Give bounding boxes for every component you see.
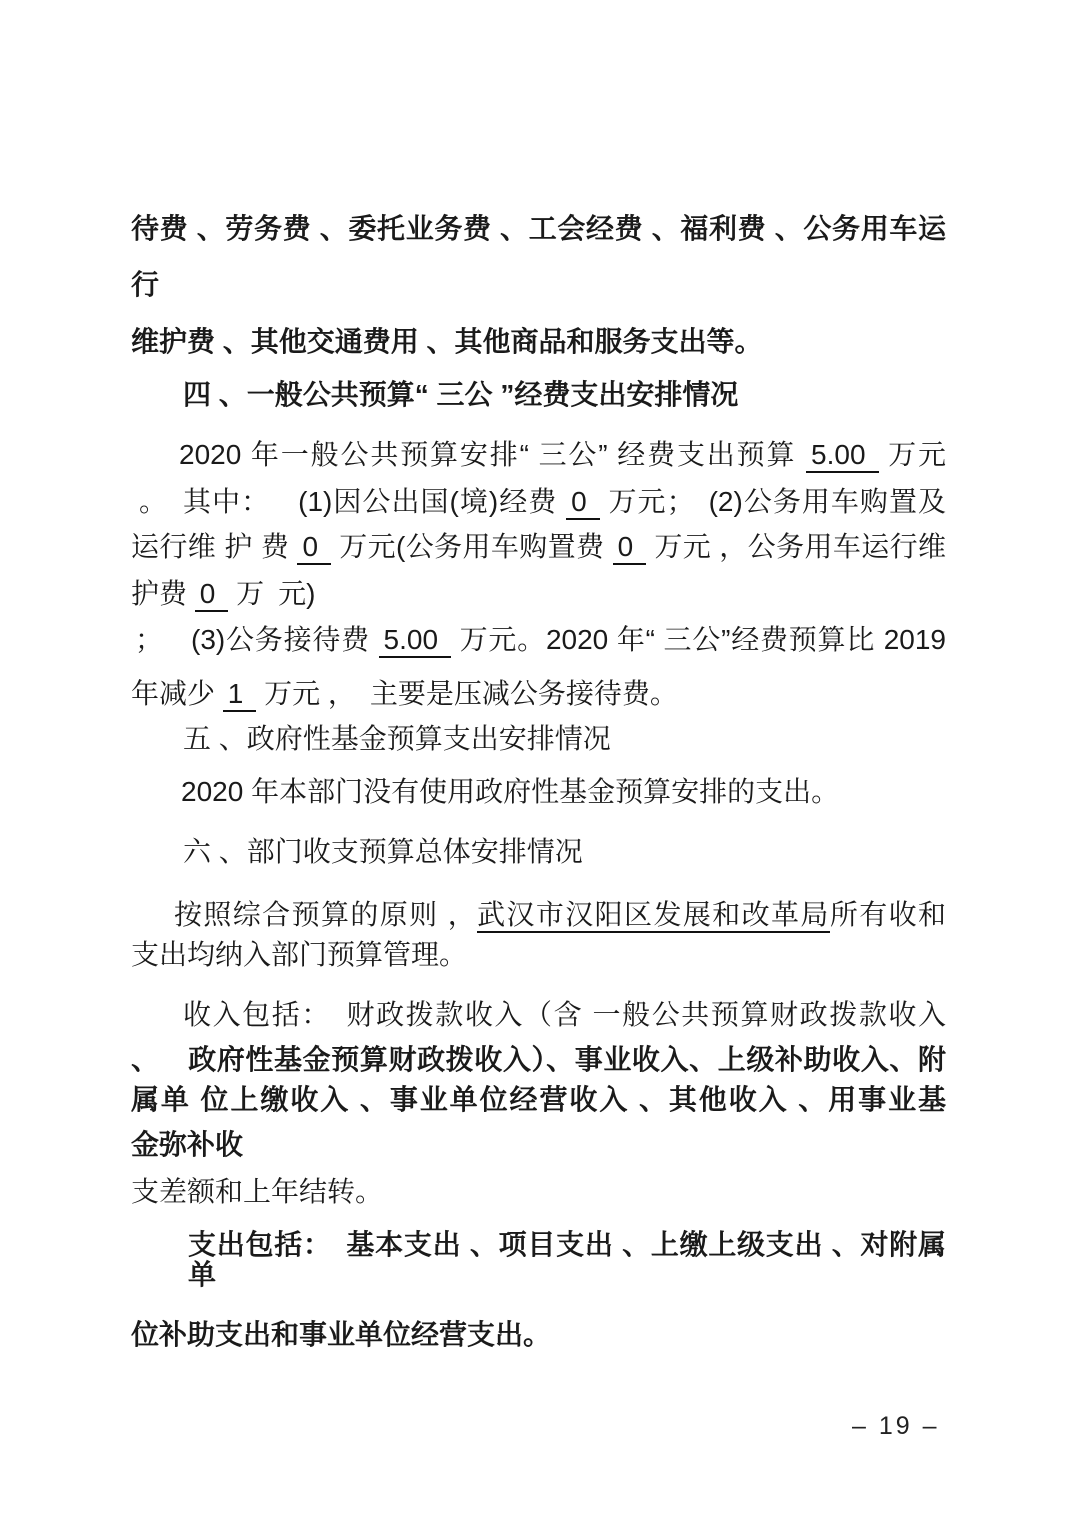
text-line: 收入包括： 财政拨款收入（含 一般公共预算财政拨款收入: [131, 1000, 946, 1030]
text-line: 运行维 护 费 0 万元(公务用车购置费 0 万元 ，公务用车运行维: [131, 532, 946, 562]
text-line: 支差额和上年结转。: [131, 1177, 946, 1207]
underlined-org-name: 武汉市汉阳区发展和改革局: [477, 899, 830, 933]
text-segment: 所有收和: [830, 899, 946, 930]
text-segment: 支出均纳入部门预算管理。: [131, 939, 467, 970]
text-line: 支出均纳入部门预算管理。: [131, 940, 946, 970]
text-segment: 属单 位上缴收入 、事业单位经营收入 、其他收入 、用事业基: [131, 1084, 946, 1115]
underlined-amount: 0: [613, 531, 647, 565]
text-line: 。 其中： (1)因公出国(境)经费 0 万元； (2)公务用车购置及: [131, 487, 946, 517]
text-segment: 2020 年本部门没有使用政府性基金预算安排的支出。: [181, 776, 839, 807]
text-segment: 行: [131, 269, 159, 300]
text-line: 支出包括： 基本支出 、项目支出 、上缴上级支出 、对附属单: [131, 1230, 946, 1290]
text-segment: 位补助支出和事业单位经营支出。: [131, 1319, 551, 1350]
text-segment: ； (3)公务接待费: [135, 624, 379, 655]
underlined-amount: 0: [297, 531, 331, 565]
underlined-amount: 0: [195, 578, 229, 612]
underlined-amount: 0: [566, 486, 600, 520]
page-number: – 19 –: [852, 1412, 940, 1441]
text-segment: 。 其中： (1)因公出国(境)经费: [139, 486, 566, 517]
text-segment: 护费: [131, 578, 195, 609]
text-segment: 万元(公务用车购置费: [331, 531, 613, 562]
section-heading: 六 、部门收支预算总体安排情况: [131, 837, 946, 867]
text-segment: 按照综合预算的原则 ，: [174, 899, 477, 930]
text-line: 护费 0 万 元): [131, 579, 946, 609]
underlined-amount: 5.00: [806, 439, 879, 473]
text-line: 维护费 、其他交通费用 、其他商品和服务支出等。: [131, 327, 946, 357]
section-heading: 五 、政府性基金预算支出安排情况: [131, 724, 946, 754]
text-segment: 六 、部门收支预算总体安排情况: [183, 836, 583, 867]
text-segment: 万元； (2)公务用车购置及: [600, 486, 946, 517]
text-line: 2020 年本部门没有使用政府性基金预算安排的支出。: [131, 777, 946, 807]
underlined-amount: 1: [223, 678, 257, 712]
text-segment: 待费 、劳务费 、委托业务费 、工会经费 、福利费 、公务用车运: [131, 213, 946, 244]
text-segment: 金弥补收: [131, 1129, 243, 1160]
text-line: ； (3)公务接待费 5.00 万元。2020 年“ 三公”经费预算比 2019: [131, 625, 946, 655]
text-segment: 万元 ， 主要是压减公务接待费。: [256, 678, 678, 709]
text-line: 待费 、劳务费 、委托业务费 、工会经费 、福利费 、公务用车运: [131, 214, 946, 244]
document-body: 待费 、劳务费 、委托业务费 、工会经费 、福利费 、公务用车运行维护费 、其他…: [131, 214, 946, 1350]
text-segment: 2020 年一般公共预算安排“ 三公” 经费支出预算: [179, 439, 806, 470]
text-line: 按照综合预算的原则 ，武汉市汉阳区发展和改革局所有收和: [131, 900, 946, 930]
text-segment: 四 、一般公共预算“ 三公 ”经费支出安排情况: [183, 379, 738, 410]
text-segment: 万元 ，公务用车运行维: [646, 531, 946, 562]
text-line: 年减少 1 万元 ， 主要是压减公务接待费。: [131, 679, 946, 709]
text-segment: 、 政府性基金预算财政拨收入）、事业收入、上级补助收入、附: [131, 1044, 946, 1075]
text-segment: 支差额和上年结转。: [131, 1176, 383, 1207]
text-segment: 支出包括： 基本支出 、项目支出 、上缴上级支出 、对附属单: [188, 1229, 946, 1290]
text-segment: 万 元): [228, 578, 315, 609]
text-segment: 年减少: [131, 678, 223, 709]
text-segment: 万元: [879, 439, 947, 470]
text-line: 2020 年一般公共预算安排“ 三公” 经费支出预算 5.00 万元: [131, 440, 946, 470]
text-segment: 万元。2020 年“ 三公”经费预算比 2019: [451, 624, 946, 655]
document-page: 待费 、劳务费 、委托业务费 、工会经费 、福利费 、公务用车运行维护费 、其他…: [0, 0, 1074, 1520]
text-line: 位补助支出和事业单位经营支出。: [131, 1320, 946, 1350]
text-line: 行: [131, 270, 946, 300]
text-line: 属单 位上缴收入 、事业单位经营收入 、其他收入 、用事业基: [131, 1085, 946, 1115]
text-line: 金弥补收: [131, 1130, 946, 1160]
text-segment: 五 、政府性基金预算支出安排情况: [183, 723, 611, 754]
text-segment: 维护费 、其他交通费用 、其他商品和服务支出等。: [131, 326, 763, 357]
underlined-amount: 5.00: [379, 624, 452, 658]
text-line: 、 政府性基金预算财政拨收入）、事业收入、上级补助收入、附: [131, 1045, 946, 1075]
text-segment: 运行维 护 费: [131, 531, 297, 562]
text-segment: 收入包括： 财政拨款收入（含 一般公共预算财政拨款收入: [183, 999, 946, 1030]
section-heading: 四 、一般公共预算“ 三公 ”经费支出安排情况: [131, 380, 946, 410]
